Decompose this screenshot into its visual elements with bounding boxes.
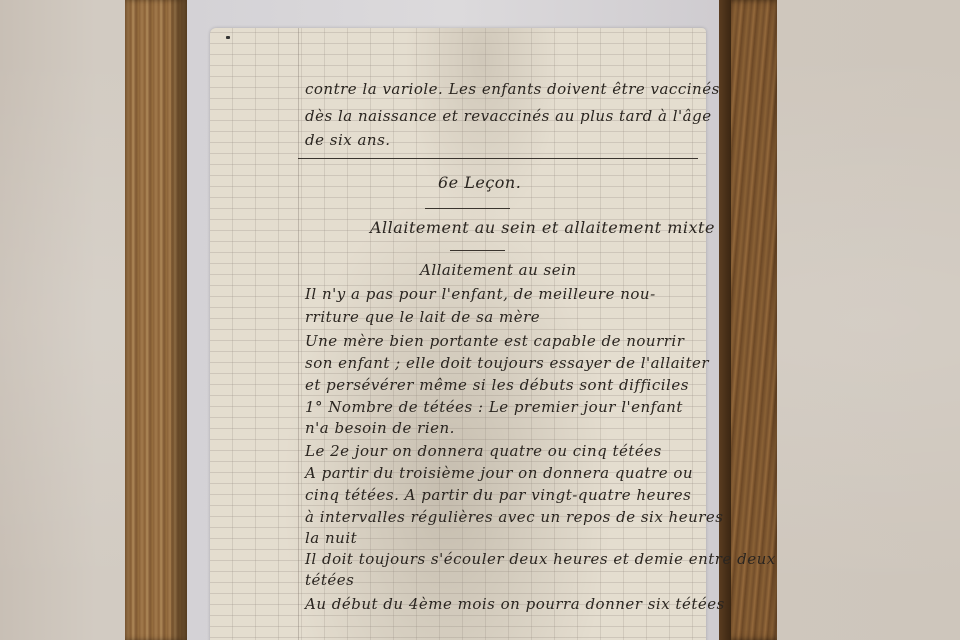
body-line: Il n'y a pas pour l'enfant, de meilleure… bbox=[305, 285, 656, 303]
notebook-page: contre la variole. Les enfants doivent ê… bbox=[210, 28, 706, 640]
lesson-number: 6e Leçon. bbox=[438, 173, 521, 192]
pin-hole bbox=[226, 36, 230, 39]
margin-line bbox=[298, 28, 299, 640]
body-line: Le 2e jour on donnera quatre ou cinq tét… bbox=[305, 442, 662, 460]
intro-line: contre la variole. Les enfants doivent ê… bbox=[305, 80, 720, 98]
body-line: Une mère bien portante est capable de no… bbox=[305, 332, 684, 350]
title-underline bbox=[425, 208, 510, 209]
body-line: et persévérer même si les débuts sont di… bbox=[305, 376, 689, 394]
section-title: Allaitement au sein bbox=[420, 261, 577, 279]
body-line: son enfant ; elle doit toujours essayer … bbox=[305, 354, 709, 372]
body-line: la nuit bbox=[305, 529, 357, 547]
body-line: rriture que le lait de sa mère bbox=[305, 308, 540, 326]
body-line: tétées bbox=[305, 571, 354, 589]
body-line: cinq tétées. A partir du par vingt-quatr… bbox=[305, 486, 691, 504]
body-line: A partir du troisième jour on donnera qu… bbox=[305, 464, 693, 482]
body-line: 1° Nombre de tétées : Le premier jour l'… bbox=[305, 398, 683, 416]
intro-line: de six ans. bbox=[305, 131, 391, 149]
intro-line: dès la naissance et revaccinés au plus t… bbox=[305, 107, 712, 125]
subtitle-underline bbox=[450, 250, 505, 251]
body-line: Il doit toujours s'écouler deux heures e… bbox=[305, 550, 776, 568]
body-line: n'a besoin de rien. bbox=[305, 419, 455, 437]
frame-left-edge bbox=[125, 0, 187, 640]
body-line: à intervalles régulières avec un repos d… bbox=[305, 508, 724, 526]
body-line: Au début du 4ème mois on pourra donner s… bbox=[305, 595, 725, 613]
frame-right-edge bbox=[719, 0, 777, 640]
section-divider bbox=[298, 158, 698, 159]
lesson-title: Allaitement au sein et allaitement mixte bbox=[370, 218, 715, 237]
